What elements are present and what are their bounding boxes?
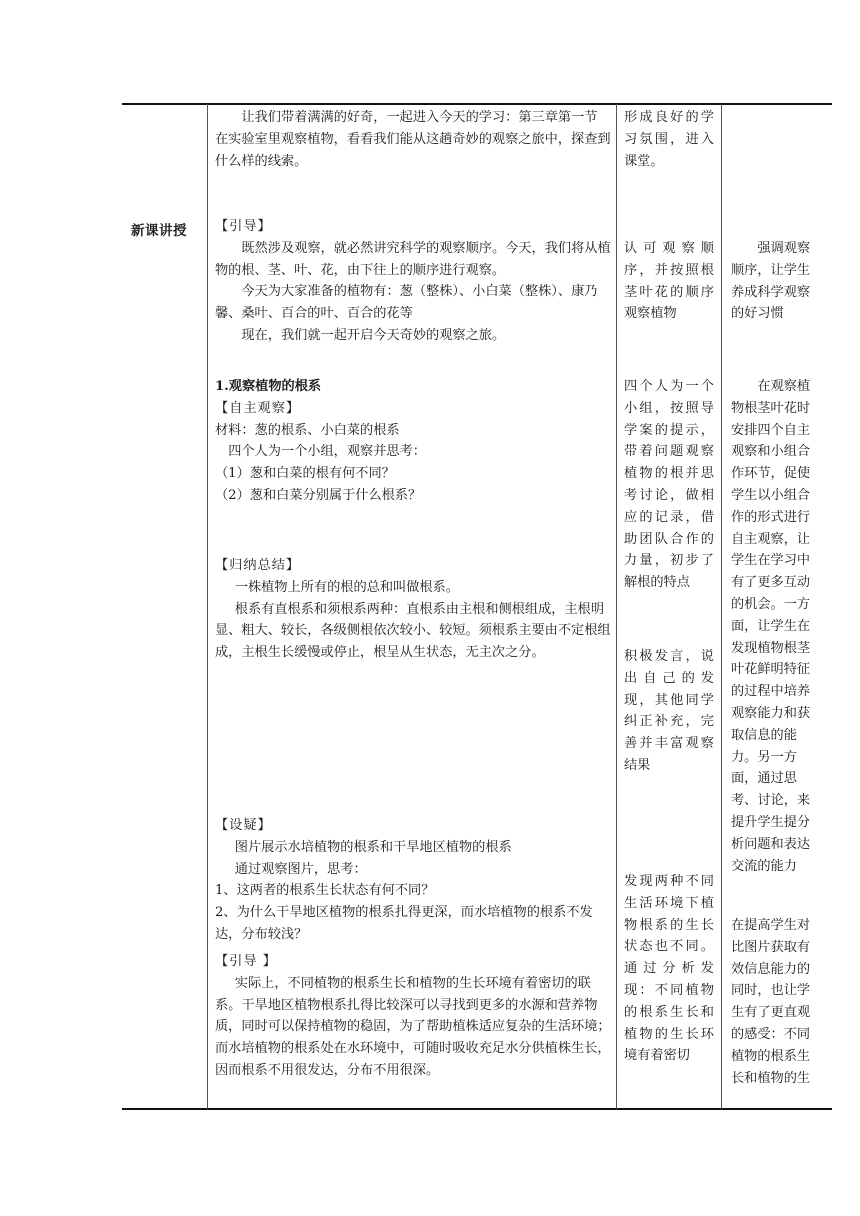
guide2-block: 【引导 】 实际上，不同植物的根系生长和植物的生长环境有着密切的联系。干旱地区植… bbox=[215, 951, 611, 1082]
column-divider bbox=[207, 104, 208, 1109]
student-activity: 认可观察顺序，并按照根茎叶花的顺序观察植物 bbox=[624, 238, 714, 325]
column-divider bbox=[721, 104, 722, 1109]
student-activity: 积极发言，说出自己的发现，其他同学纠正补充，完善并丰富观察结果 bbox=[624, 646, 714, 777]
summary-paragraph: 一株植物上所有的根的总和叫做根系。 bbox=[215, 577, 611, 599]
table-top-border bbox=[122, 103, 832, 105]
root-observation-block: 1.观察植物的根系 【自主观察】 材料：葱的根系、小白菜的根系 四个人为一个小组… bbox=[215, 376, 611, 507]
summary-block: 【归纳总结】 一株植物上所有的根的总和叫做根系。 根系有直根系和须根系两种：直根… bbox=[215, 555, 611, 664]
question-line: 图片展示水培植物的根系和干旱地区植物的根系 bbox=[215, 837, 611, 859]
question-item: 2、为什么干旱地区植物的根系扎得更深，而水培植物的根系不发达，分布较浅？ bbox=[215, 902, 611, 946]
lesson-plan-page: 新课讲授 让我们带着满满的好奇，一起进入今天的学习：第三章第一节 在实验室里观察… bbox=[0, 0, 860, 1216]
column-divider bbox=[616, 104, 617, 1109]
guide-paragraph: 现在，我们就一起开启今天奇妙的观察之旅。 bbox=[215, 325, 611, 347]
guide-paragraph: 既然涉及观察，就必然讲究科学的观察顺序。今天，我们将从植物的根、茎、叶、花，由下… bbox=[215, 238, 611, 282]
question-line: 通过观察图片，思考： bbox=[215, 859, 611, 881]
summary-paragraph: 根系有直根系和须根系两种：直根系由主根和侧根组成，主根明显、粗大、较长，各级侧根… bbox=[215, 599, 611, 664]
section-label: 新课讲授 bbox=[131, 219, 187, 239]
table-bottom-border bbox=[122, 1108, 832, 1110]
student-activity: 形成良好的学习氛围，进入课堂。 bbox=[624, 107, 714, 172]
question-item: （2）葱和白菜分别属于什么根系？ bbox=[215, 485, 611, 507]
summary-heading: 【归纳总结】 bbox=[215, 555, 611, 577]
intro-paragraph: 让我们带着满满的好奇，一起进入今天的学习：第三章第一节 在实验室里观察植物，看看… bbox=[215, 107, 611, 172]
guide-heading: 【引导】 bbox=[215, 216, 611, 238]
question-heading: 【设疑】 bbox=[215, 815, 611, 837]
design-intent: 在观察植物根茎叶花时安排四个自主观察和小组合作环节，促使学生以小组合作的形式进行… bbox=[731, 376, 823, 877]
question-item: 1、这两者的根系生长状态有何不同？ bbox=[215, 880, 611, 902]
design-intent: 在提高学生对比图片获取有效信息能力的同时，也让学生有了更直观的感受：不同植物的根… bbox=[731, 915, 823, 1089]
group-instruction: 四个人为一个小组，观察并思考： bbox=[215, 441, 611, 463]
intro-block: 让我们带着满满的好奇，一起进入今天的学习：第三章第一节 在实验室里观察植物，看看… bbox=[215, 107, 611, 172]
student-activity: 四个人为一个小组，按照导学案的提示，带着问题观察植物的根并思考讨论，做相应的记录… bbox=[624, 376, 714, 594]
guide-paragraph: 今天为大家准备的植物有：葱（整株）、小白菜（整株）、康乃馨、桑叶、百合的叶、百合… bbox=[215, 281, 611, 325]
section-title: 1.观察植物的根系 bbox=[215, 376, 611, 398]
materials-line: 材料：葱的根系、小白菜的根系 bbox=[215, 420, 611, 442]
guide-block: 【引导】 既然涉及观察，就必然讲究科学的观察顺序。今天，我们将从植物的根、茎、叶… bbox=[215, 216, 611, 347]
question-item: （1）葱和白菜的根有何不同？ bbox=[215, 463, 611, 485]
design-intent: 强调观察顺序，让学生养成科学观察的好习惯 bbox=[731, 238, 823, 325]
student-activity: 发现两种不同生活环境下植物根系的生长状态也不同。通过分析发现：不同植物的根系生长… bbox=[624, 871, 714, 1067]
question-block: 【设疑】 图片展示水培植物的根系和干旱地区植物的根系 通过观察图片，思考： 1、… bbox=[215, 815, 611, 946]
guide2-paragraph: 实际上，不同植物的根系生长和植物的生长环境有着密切的联系。干旱地区植物根系扎得比… bbox=[215, 973, 611, 1082]
self-observe-heading: 【自主观察】 bbox=[215, 398, 611, 420]
guide2-heading: 【引导 】 bbox=[215, 951, 611, 973]
